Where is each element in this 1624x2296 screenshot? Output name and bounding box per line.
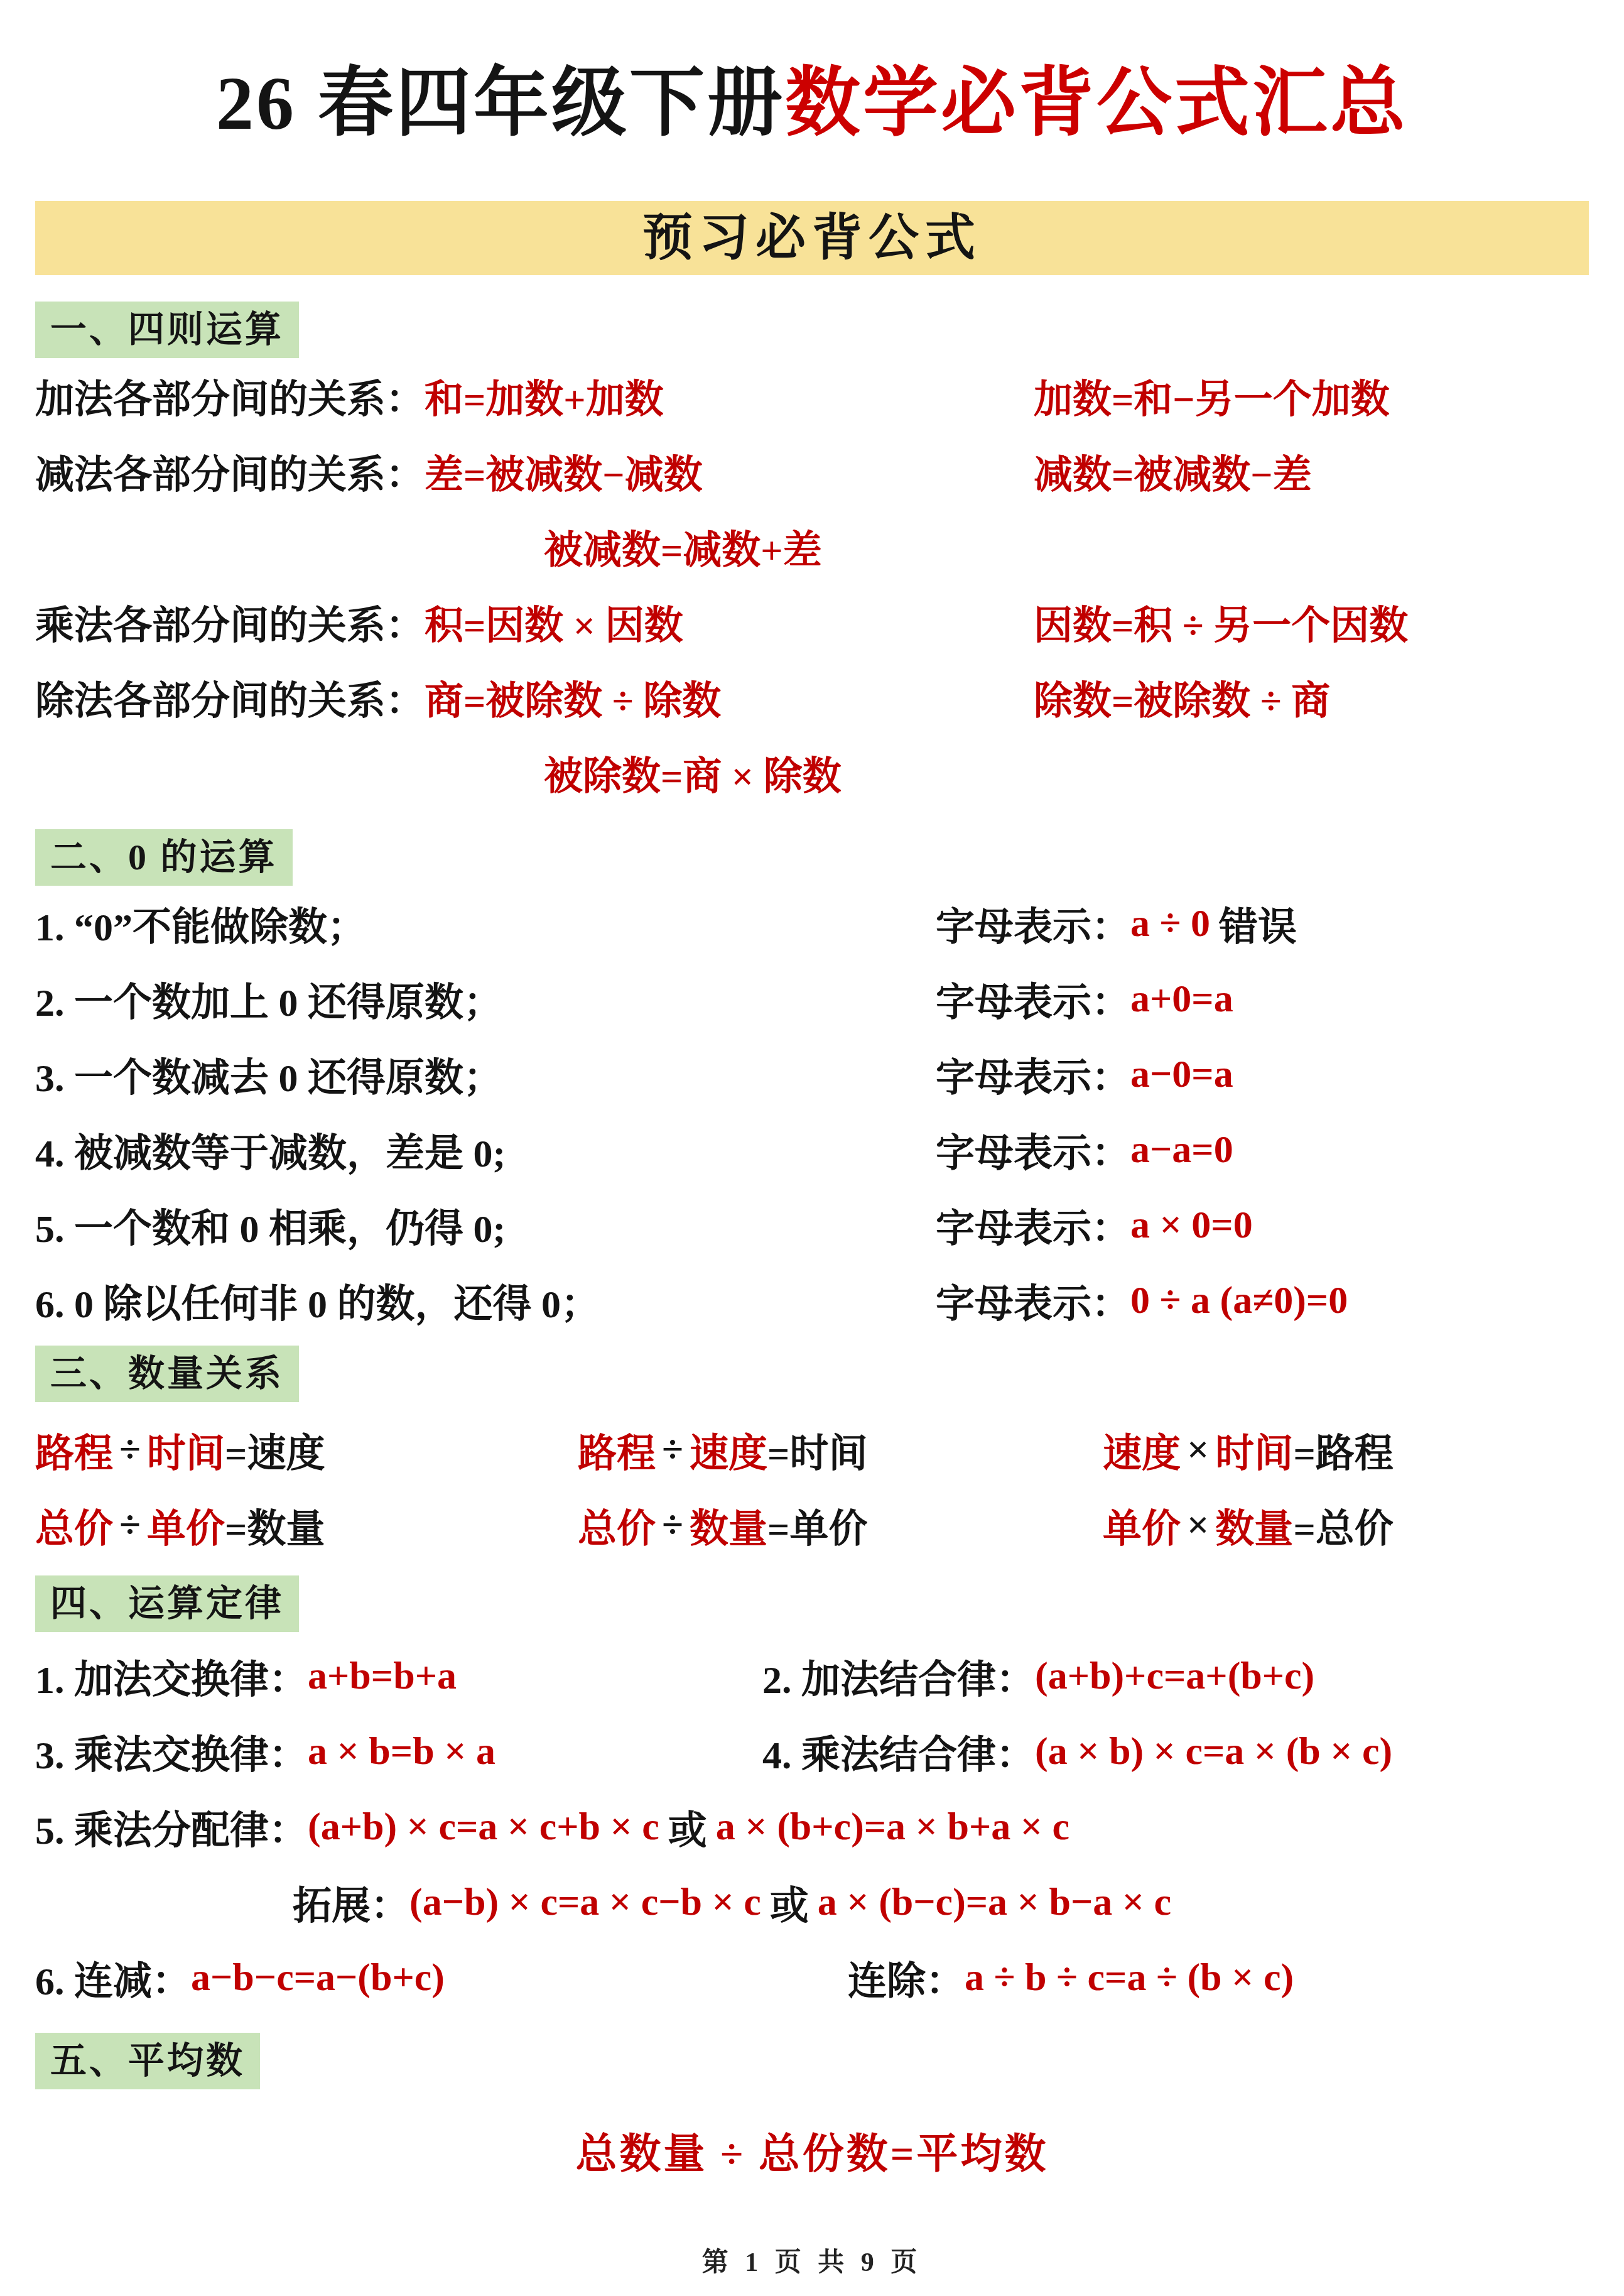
letter-form: 字母表示： 0 ÷ a (a≠0)=0: [936, 1263, 1348, 1338]
relation-row-division-extra: 被除数=商 × 除数: [35, 735, 1589, 810]
zero-rule-item: 5. 一个数和 0 相乘，仍得 0; 字母表示： a × 0=0: [35, 1187, 1589, 1263]
operand: 总价: [578, 1498, 656, 1553]
relation-label: 乘法各部分间的关系：: [35, 594, 425, 650]
letter-form: 字母表示： a+0=a: [936, 961, 1233, 1036]
zero-rule-text: 3. 一个数减去 0 还得原数；: [35, 1047, 502, 1102]
law-row-chain: 6. 连减： a−b−c=a−(b+c) 连除： a ÷ b ÷ c=a ÷ (…: [35, 1940, 1589, 2015]
relation-formula-indent: 被除数=商 × 除数: [544, 745, 842, 801]
section-1-rows: 加法各部分间的关系： 和=加数+加数 加数=和−另一个加数 减法各部分间的关系：…: [35, 358, 1589, 810]
law-label: 2. 加法结合律：: [762, 1648, 1035, 1704]
page-title: 26 春四年级下册数学必背公式汇总: [35, 25, 1589, 182]
quantity-formula: 路程 ÷ 速度 =时间: [578, 1412, 867, 1488]
law-item: 4. 乘法结合律： (a × b) × c=a × (b × c): [762, 1714, 1392, 1789]
result: =单价: [767, 1498, 867, 1553]
section-heading-3: 三、数量关系: [35, 1346, 299, 1402]
law-row: 3. 乘法交换律： a × b=b × a 4. 乘法结合律： (a × b) …: [35, 1714, 1589, 1789]
law-formula: a × (b+c)=a × b+a × c: [716, 1805, 1069, 1849]
section-heading-4: 四、运算定律: [35, 1575, 299, 1632]
letter-form-formula: a ÷ 0: [1130, 901, 1210, 946]
relation-row-division: 除法各部分间的关系： 商=被除数 ÷ 除数 除数=被除数 ÷ 商: [35, 660, 1589, 735]
or-word: 或: [659, 1799, 716, 1855]
document-page: 26 春四年级下册数学必背公式汇总 预习必背公式 一、四则运算 加法各部分间的关…: [0, 0, 1624, 2296]
average-formula: 总数量 ÷ 总份数=平均数: [576, 2131, 1049, 2177]
relation-formula-2: 加数=和−另一个加数: [1034, 358, 1390, 433]
zero-rule-text: 5. 一个数和 0 相乘，仍得 0;: [35, 1197, 506, 1253]
letter-form-formula: a−0=a: [1130, 1052, 1233, 1097]
relation-formula-1: 差=被减数−减数: [425, 443, 703, 499]
operator: ×: [1181, 1428, 1215, 1472]
result: =数量: [225, 1498, 325, 1553]
letter-form-prefix: 字母表示：: [936, 896, 1130, 952]
law-formula: a+b=b+a: [308, 1654, 457, 1699]
law-row-extension: 拓展： (a−b) × c=a × c−b × c 或 a × (b−c)=a …: [35, 1864, 1589, 1940]
zero-rule-text: 1. “0”不能做除数；: [35, 896, 366, 952]
zero-rule-item: 6. 0 除以任何非 0 的数，还得 0； 字母表示： 0 ÷ a (a≠0)=…: [35, 1263, 1589, 1338]
section-heading-2: 二、0 的运算: [35, 829, 293, 886]
zero-rule-item: 3. 一个数减去 0 还得原数； 字母表示： a−0=a: [35, 1036, 1589, 1112]
relation-label: 加法各部分间的关系：: [35, 368, 425, 424]
letter-form-prefix: 字母表示：: [936, 1047, 1130, 1102]
relation-label: 减法各部分间的关系：: [35, 443, 425, 499]
law-label: 拓展：: [293, 1874, 409, 1930]
law-formula: (a+b) × c=a × c+b × c: [308, 1805, 659, 1849]
operator: ÷: [656, 1503, 690, 1548]
operand: 总价: [35, 1498, 113, 1553]
operand: 单价: [147, 1498, 225, 1553]
law-formula: (a × b) × c=a × (b × c): [1035, 1729, 1392, 1774]
letter-form-suffix: 错误: [1210, 896, 1297, 952]
section-4-rows: 1. 加法交换律： a+b=b+a 2. 加法结合律： (a+b)+c=a+(b…: [35, 1638, 1589, 2015]
quantity-formula: 单价 × 数量 =总价: [1103, 1488, 1394, 1563]
relation-row-subtraction-extra: 被减数=减数+差: [35, 509, 1589, 584]
letter-form-formula: 0 ÷ a (a≠0)=0: [1130, 1278, 1348, 1323]
section-2-items: 1. “0”不能做除数； 字母表示： a ÷ 0 错误 2. 一个数加上 0 还…: [35, 886, 1589, 1338]
result: =路程: [1293, 1422, 1393, 1478]
law-label: 4. 乘法结合律：: [762, 1724, 1035, 1780]
law-formula: a × b=b × a: [308, 1729, 495, 1774]
operator: ×: [1181, 1503, 1215, 1548]
page-title-black: 26 春四年级下册: [216, 62, 785, 145]
letter-form: 字母表示： a ÷ 0 错误: [936, 886, 1297, 961]
zero-rule-text: 4. 被减数等于减数，差是 0;: [35, 1122, 506, 1178]
law-label: 连除：: [848, 1950, 965, 2006]
relation-formula-1: 积=因数 × 因数: [425, 594, 683, 650]
section-heading-5: 五、平均数: [35, 2033, 260, 2089]
law-formula: (a+b)+c=a+(b+c): [1035, 1654, 1314, 1699]
letter-form-formula: a+0=a: [1130, 977, 1233, 1021]
operand: 单价: [1103, 1498, 1181, 1553]
law-label: 1. 加法交换律：: [35, 1648, 308, 1704]
relation-formula-2: 减数=被减数−差: [1034, 433, 1312, 509]
operand: 速度: [690, 1422, 767, 1478]
relation-formula-2: 除数=被除数 ÷ 商: [1034, 660, 1330, 735]
letter-form: 字母表示： a × 0=0: [936, 1187, 1253, 1263]
operator: ÷: [656, 1428, 690, 1472]
relation-row-multiplication: 乘法各部分间的关系： 积=因数 × 因数 因数=积 ÷ 另一个因数: [35, 584, 1589, 660]
quantity-relation-row: 路程 ÷ 时间 =速度 路程 ÷ 速度 =时间 速度 × 时间 =路程: [35, 1412, 1589, 1488]
law-item: 2. 加法结合律： (a+b)+c=a+(b+c): [762, 1638, 1314, 1714]
letter-form-prefix: 字母表示：: [936, 1197, 1130, 1253]
relation-formula-indent: 被减数=减数+差: [544, 519, 822, 575]
result: =速度: [225, 1422, 325, 1478]
law-row: 1. 加法交换律： a+b=b+a 2. 加法结合律： (a+b)+c=a+(b…: [35, 1638, 1589, 1714]
relation-row-addition: 加法各部分间的关系： 和=加数+加数 加数=和−另一个加数: [35, 358, 1589, 433]
relation-formula-1: 商=被除数 ÷ 除数: [425, 670, 721, 726]
operator: ÷: [113, 1428, 147, 1472]
law-item: 连除： a ÷ b ÷ c=a ÷ (b × c): [848, 1940, 1294, 2015]
quantity-formula: 总价 ÷ 单价 =数量: [35, 1488, 325, 1563]
relation-row-subtraction: 减法各部分间的关系： 差=被减数−减数 减数=被减数−差: [35, 433, 1589, 509]
letter-form: 字母表示： a−0=a: [936, 1036, 1233, 1112]
relation-formula-1: 和=加数+加数: [425, 368, 664, 424]
law-row-distributive: 5. 乘法分配律： (a+b) × c=a × c+b × c 或 a × (b…: [35, 1789, 1589, 1864]
zero-rule-item: 4. 被减数等于减数，差是 0; 字母表示： a−a=0: [35, 1112, 1589, 1187]
result: =时间: [767, 1422, 867, 1478]
quantity-formula: 速度 × 时间 =路程: [1103, 1412, 1394, 1488]
quantity-formula: 总价 ÷ 数量 =单价: [578, 1488, 867, 1563]
operand: 时间: [147, 1422, 225, 1478]
zero-rule-item: 1. “0”不能做除数； 字母表示： a ÷ 0 错误: [35, 886, 1589, 961]
operand: 路程: [35, 1422, 113, 1478]
relation-label: 除法各部分间的关系：: [35, 670, 425, 726]
quantity-relation-row: 总价 ÷ 单价 =数量 总价 ÷ 数量 =单价 单价 × 数量 =总价: [35, 1488, 1589, 1563]
law-formula: a ÷ b ÷ c=a ÷ (b × c): [965, 1956, 1294, 2000]
letter-form-prefix: 字母表示：: [936, 1122, 1130, 1178]
letter-form-prefix: 字母表示：: [936, 971, 1130, 1027]
average-formula-row: 总数量 ÷ 总份数=平均数: [35, 2126, 1589, 2184]
letter-form: 字母表示： a−a=0: [936, 1112, 1233, 1187]
page-title-red: 数学必背公式汇总: [785, 62, 1408, 145]
section-3-rows: 路程 ÷ 时间 =速度 路程 ÷ 速度 =时间 速度 × 时间 =路程 总价 ÷: [35, 1412, 1589, 1563]
quantity-formula: 路程 ÷ 时间 =速度: [35, 1412, 325, 1488]
law-formula: (a−b) × c=a × c−b × c: [409, 1880, 761, 1925]
law-label: 3. 乘法交换律：: [35, 1724, 308, 1780]
law-label: 5. 乘法分配律：: [35, 1799, 308, 1855]
operand: 路程: [578, 1422, 656, 1478]
law-formula: a−b−c=a−(b+c): [191, 1956, 445, 2000]
banner-subtitle: 预习必背公式: [35, 201, 1589, 275]
letter-form-prefix: 字母表示：: [936, 1273, 1130, 1329]
operand: 数量: [690, 1498, 767, 1553]
zero-rule-text: 6. 0 除以任何非 0 的数，还得 0；: [35, 1273, 600, 1329]
law-label: 6. 连减：: [35, 1950, 191, 2006]
operand: 时间: [1215, 1422, 1293, 1478]
relation-formula-2: 因数=积 ÷ 另一个因数: [1034, 584, 1408, 660]
or-word: 或: [761, 1874, 818, 1930]
operator: ÷: [113, 1503, 147, 1548]
section-heading-1: 一、四则运算: [35, 302, 299, 358]
operand: 速度: [1103, 1422, 1181, 1478]
zero-rule-item: 2. 一个数加上 0 还得原数； 字母表示： a+0=a: [35, 961, 1589, 1036]
letter-form-formula: a × 0=0: [1130, 1203, 1253, 1248]
law-formula: a × (b−c)=a × b−a × c: [818, 1880, 1171, 1925]
zero-rule-text: 2. 一个数加上 0 还得原数；: [35, 971, 502, 1027]
result: =总价: [1293, 1498, 1393, 1553]
operand: 数量: [1215, 1498, 1293, 1553]
page-number: 第 1 页 共 9 页: [35, 2241, 1589, 2279]
letter-form-formula: a−a=0: [1130, 1128, 1233, 1172]
